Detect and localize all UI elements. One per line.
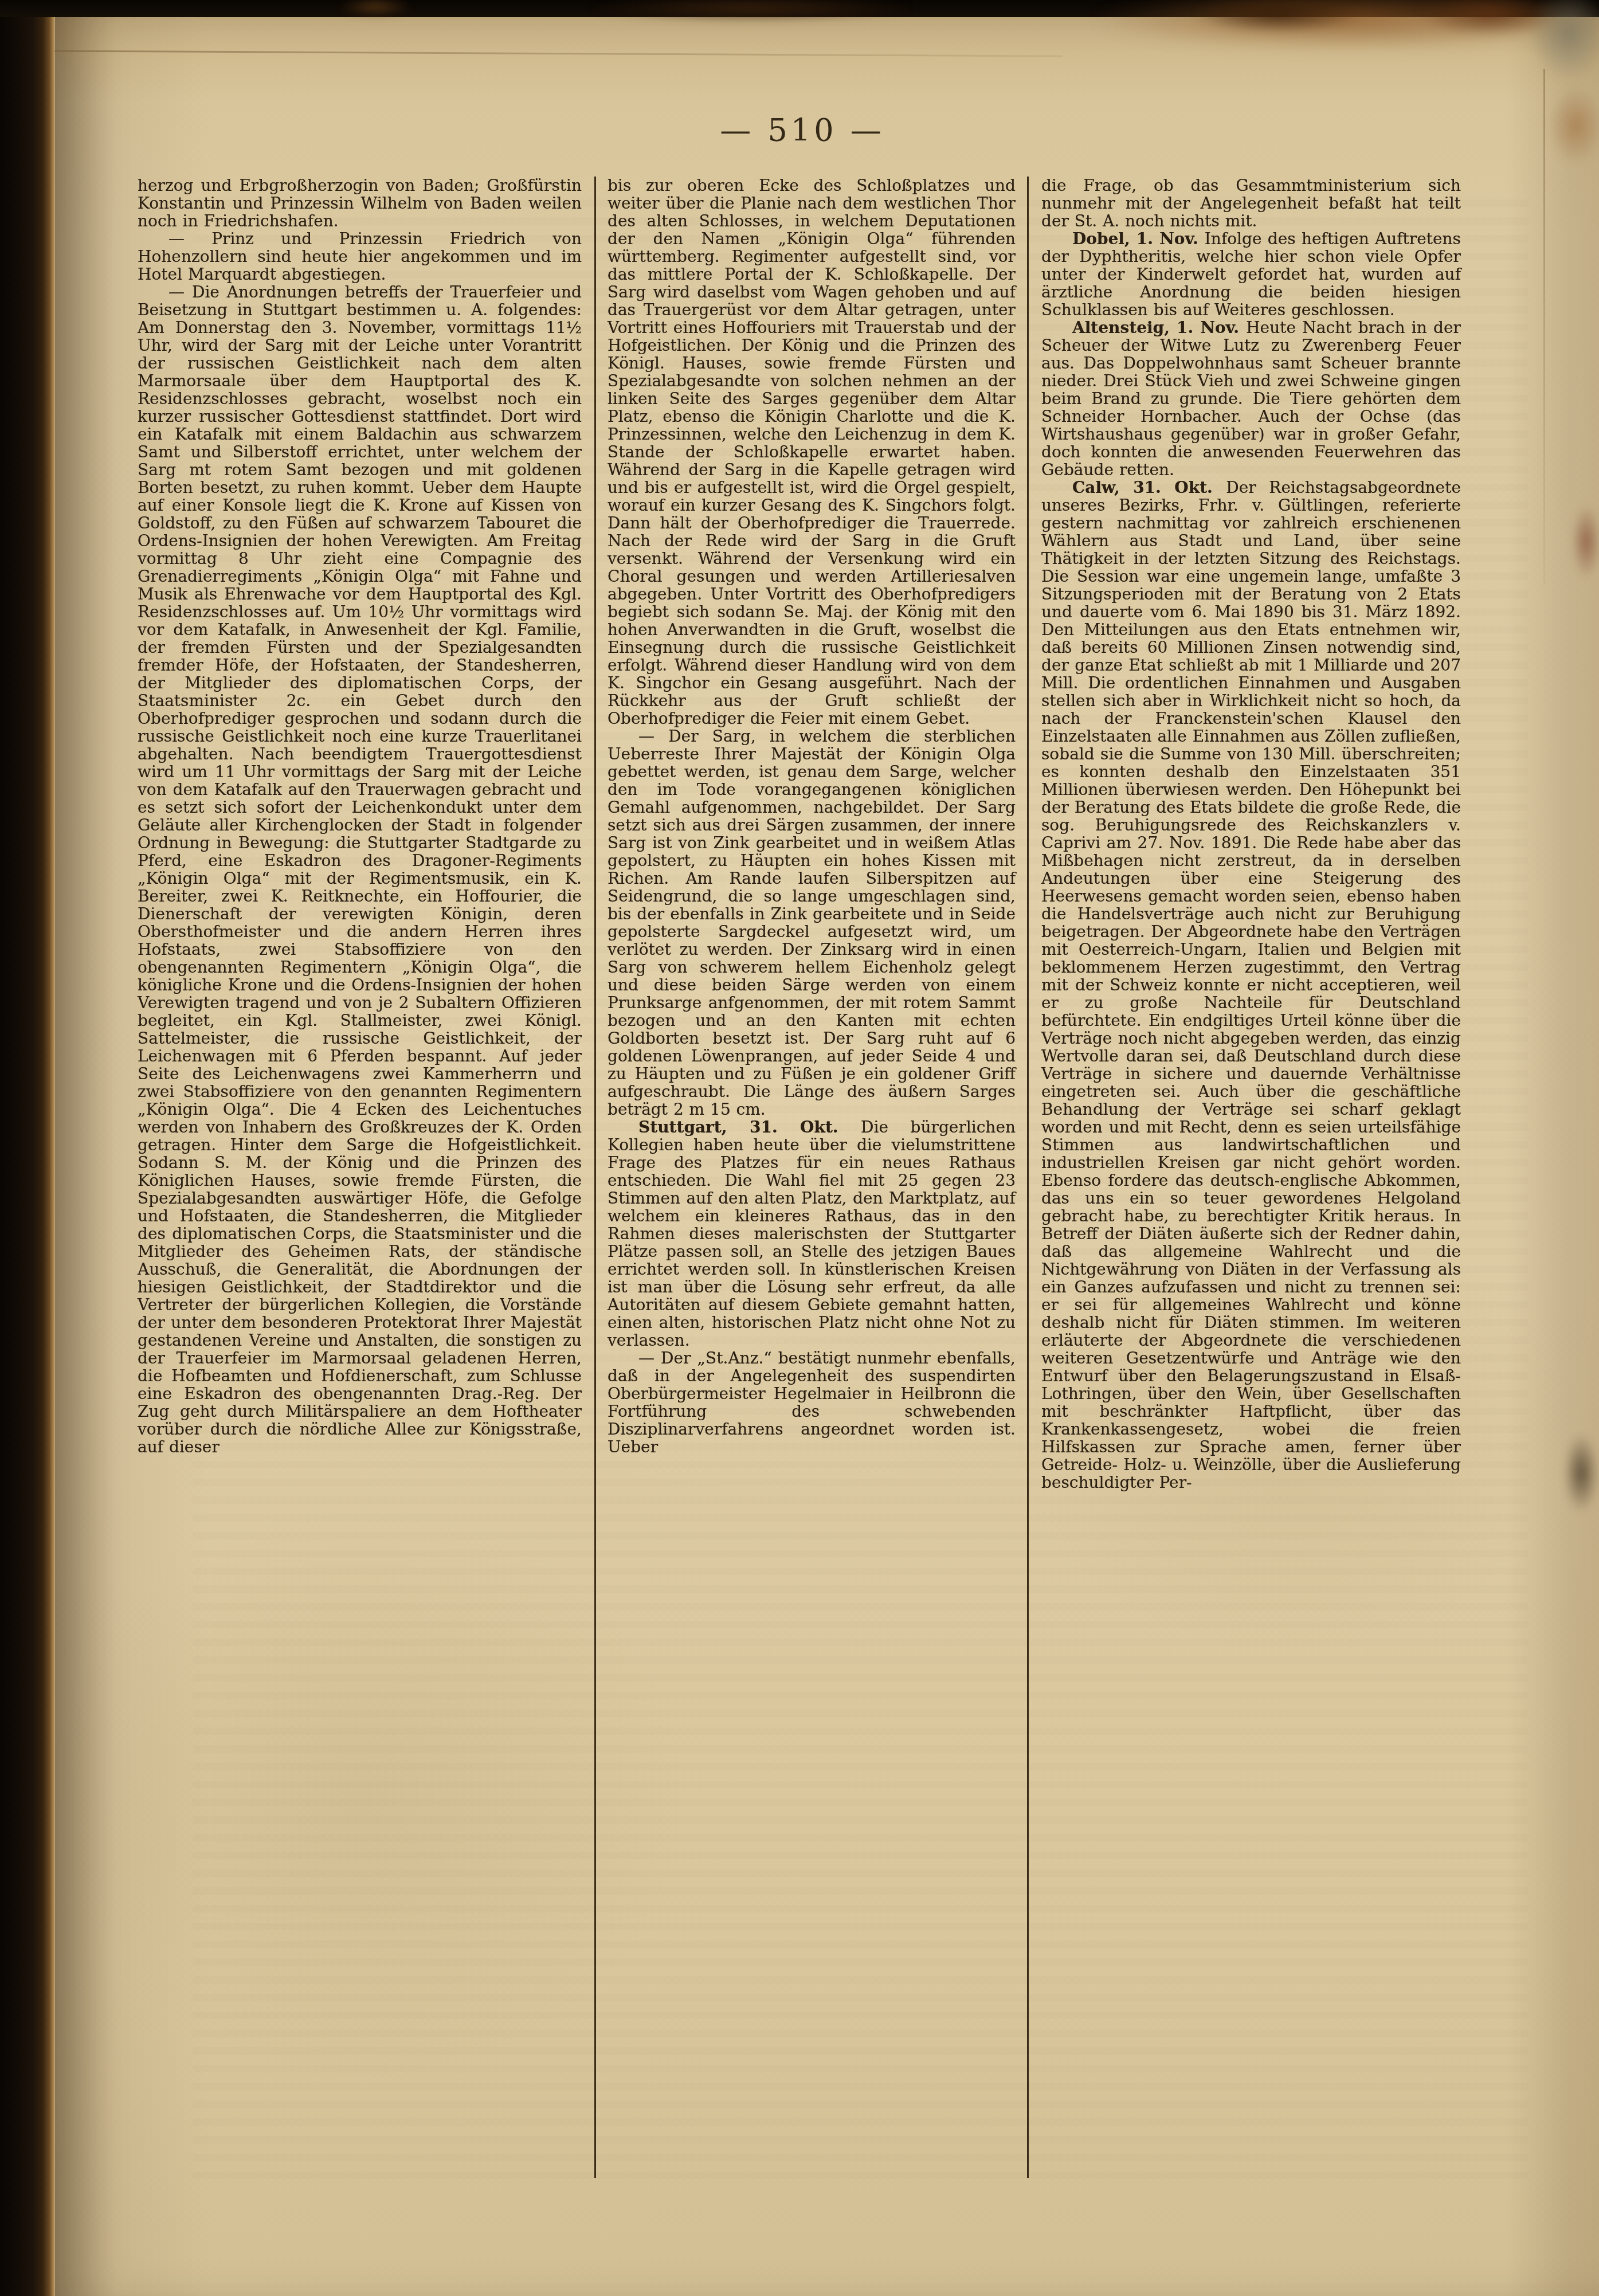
- column-left: herzog und Erbgroßherzogin von Baden; Gr…: [138, 177, 596, 2178]
- scanned-newspaper-photo: — 510 — herzog und Erbgroßherzogin von B…: [0, 0, 1599, 2296]
- rust-stain: [1547, 86, 1599, 166]
- stain: [1563, 1433, 1599, 1513]
- dateline: Stuttgart, 31. Okt.: [638, 1118, 861, 1137]
- stain: [1571, 504, 1599, 579]
- paragraph: herzog und Erbgroßherzogin von Baden; Gr…: [138, 177, 582, 230]
- paper-crease: [1543, 69, 1545, 585]
- page-number: — 510 —: [138, 112, 1467, 148]
- paragraph: — Prinz und Prinzessin Friedrich von Hoh…: [138, 230, 582, 283]
- dateline: Calw, 31. Okt.: [1072, 478, 1226, 497]
- dateline: Altensteig, 1. Nov.: [1072, 318, 1246, 337]
- paragraph: — Der Sarg, in welchem die sterblichen U…: [608, 727, 1016, 1118]
- news-item: Stuttgart, 31. Okt. Die bürgerlichen Kol…: [608, 1118, 1016, 1349]
- paragraph: — Die Anordnungen betreffs der Trauerfei…: [138, 283, 582, 1456]
- paragraph: — Der „St.Anz.“ bestätigt nunmehr ebenfa…: [608, 1349, 1016, 1456]
- text-columns: herzog und Erbgroßherzogin von Baden; Gr…: [138, 177, 1473, 2178]
- paragraph: bis zur oberen Ecke des Schloßplatzes un…: [608, 177, 1016, 727]
- column-middle: bis zur oberen Ecke des Schloßplatzes un…: [596, 177, 1029, 2178]
- column-right: die Frage, ob das Gesammtministerium sic…: [1029, 177, 1461, 2178]
- news-item: Altensteig, 1. Nov. Heute Nacht brach in…: [1041, 319, 1461, 479]
- news-item: Dobel, 1. Nov. Infolge des heftigen Auft…: [1041, 230, 1461, 319]
- paragraph: die Frage, ob das Gesammtministerium sic…: [1041, 177, 1461, 230]
- book-binding-edge: [0, 0, 55, 2296]
- dateline: Dobel, 1. Nov.: [1072, 229, 1205, 248]
- news-item: Calw, 31. Okt. Der Reichstagsabgeordnete…: [1041, 479, 1461, 1491]
